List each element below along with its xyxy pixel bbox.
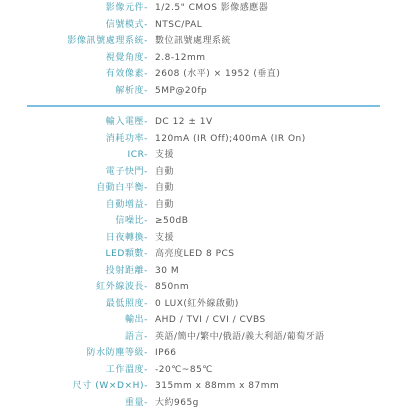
spec-label: 有效像素-: [106, 66, 148, 82]
spec-label: 電子快門-: [106, 164, 148, 180]
spec-value: 自動: [155, 164, 174, 180]
spec-row-day-night: 日夜轉換- 支援: [0, 230, 410, 246]
spec-row-dimensions: 尺寸 (W×D×H)- 315mm x 88mm x 87mm: [0, 378, 410, 394]
spec-label: 日夜轉換-: [106, 230, 148, 246]
spec-label: 信號模式-: [106, 17, 148, 33]
spec-label: 尺寸 (W×D×H)-: [73, 378, 148, 394]
spec-label: 信噪比-: [115, 213, 148, 229]
spec-value: 英語/簡中/繁中/俄語/義大利語/葡萄牙語: [155, 329, 325, 345]
spec-row-language: 語言- 英語/簡中/繁中/俄語/義大利語/葡萄牙語: [0, 329, 410, 345]
spec-value: 支援: [155, 147, 174, 163]
spec-label: 視覺角度-: [106, 50, 148, 66]
spec-row-icr: ICR- 支援: [0, 147, 410, 163]
spec-row-ir-distance: 投射距離- 30 M: [0, 263, 410, 279]
spec-row-effective-pixels: 有效像素- 2608 (水平) × 1952 (垂直): [0, 66, 410, 82]
spec-label: 重量-: [125, 395, 148, 410]
spec-value: DC 12 ± 1V: [155, 114, 213, 130]
spec-value: 2608 (水平) × 1952 (垂直): [155, 66, 280, 82]
spec-row-electronic-shutter: 電子快門- 自動: [0, 164, 410, 180]
spec-value: IP66: [155, 345, 177, 361]
spec-value: 自動: [155, 197, 174, 213]
spec-label: 自動白平衡-: [96, 180, 148, 196]
spec-row-viewing-angle: 視覺角度- 2.8-12mm: [0, 50, 410, 66]
spec-label: 解析度-: [115, 83, 148, 99]
spec-row-snr: 信噪比- ≥50dB: [0, 213, 410, 229]
spec-label: ICR-: [128, 147, 148, 163]
spec-row-auto-white-balance: 自動白平衡- 自動: [0, 180, 410, 196]
spec-row-image-sensor: 影像元件- 1/2.5" CMOS 影像感應器: [0, 0, 410, 16]
spec-label: 紅外線波長-: [96, 279, 148, 295]
spec-value: 30 M: [155, 263, 179, 279]
spec-label: 投射距離-: [106, 263, 148, 279]
spec-label: 工作溫度-: [106, 362, 148, 378]
spec-row-input-voltage: 輸入電壓- DC 12 ± 1V: [0, 114, 410, 130]
spec-value: 自動: [155, 180, 174, 196]
spec-row-led-count: LED顆數- 高亮度LED 8 PCS: [0, 246, 410, 262]
spec-label: LED顆數-: [106, 246, 148, 262]
spec-value: 5MP@20fp: [155, 83, 207, 99]
spec-label: 輸入電壓-: [106, 114, 148, 130]
spec-row-min-illumination: 最低照度- 0 LUX(紅外線啟動): [0, 296, 410, 312]
section-divider: [27, 105, 380, 107]
spec-label: 語言-: [125, 329, 148, 345]
spec-row-auto-gain: 自動增益- 自動: [0, 197, 410, 213]
spec-label: 防水防塵等級-: [87, 345, 148, 361]
spec-value: ≥50dB: [155, 213, 188, 229]
spec-value: 120mA (IR Off);400mA (IR On): [155, 131, 306, 147]
spec-value: 315mm x 88mm x 87mm: [155, 378, 279, 394]
spec-value: 高亮度LED 8 PCS: [155, 246, 235, 262]
spec-label: 影像訊號處理系統-: [67, 33, 148, 49]
spec-label: 最低照度-: [106, 296, 148, 312]
spec-row-operating-temp: 工作溫度- -20℃~85℃: [0, 362, 410, 378]
spec-row-power-consumption: 消耗功率- 120mA (IR Off);400mA (IR On): [0, 131, 410, 147]
spec-row-signal-mode: 信號模式- NTSC/PAL: [0, 17, 410, 33]
spec-value: AHD / TVI / CVI / CVBS: [155, 312, 266, 328]
spec-value: 大約965g: [155, 395, 199, 410]
spec-value: NTSC/PAL: [155, 17, 202, 33]
spec-row-ir-wavelength: 紅外線波長- 850nm: [0, 279, 410, 295]
spec-row-ip-rating: 防水防塵等級- IP66: [0, 345, 410, 361]
spec-value: 數位訊號處理系統: [155, 33, 231, 49]
spec-label: 影像元件-: [106, 0, 148, 16]
spec-value: -20℃~85℃: [155, 362, 213, 378]
spec-value: 0 LUX(紅外線啟動): [155, 296, 239, 312]
spec-row-output: 輸出- AHD / TVI / CVI / CVBS: [0, 312, 410, 328]
spec-row-resolution: 解析度- 5MP@20fp: [0, 83, 410, 99]
spec-value: 2.8-12mm: [155, 50, 206, 66]
spec-value: 支援: [155, 230, 174, 246]
spec-label: 消耗功率-: [106, 131, 148, 147]
spec-row-weight: 重量- 大約965g: [0, 395, 410, 410]
spec-row-signal-processing: 影像訊號處理系統- 數位訊號處理系統: [0, 33, 410, 49]
spec-label: 自動增益-: [106, 197, 148, 213]
spec-value: 1/2.5" CMOS 影像感應器: [155, 0, 268, 16]
spec-label: 輸出-: [125, 312, 148, 328]
spec-value: 850nm: [155, 279, 189, 295]
